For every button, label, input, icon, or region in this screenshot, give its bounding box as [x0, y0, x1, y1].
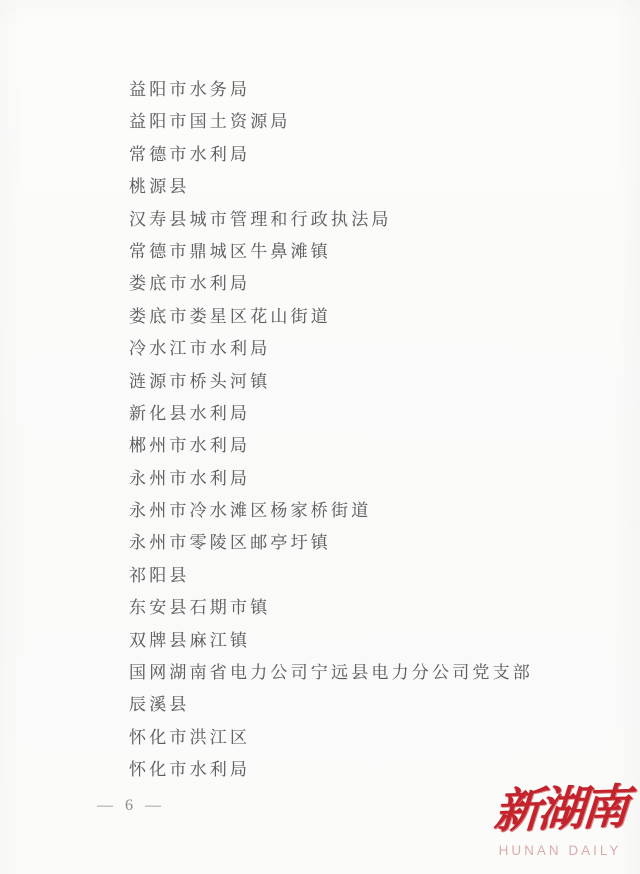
org-list-item: 汉寿县城市管理和行政执法局	[129, 204, 533, 236]
org-list-item: 永州市水利局	[129, 463, 533, 495]
org-list-item: 东安县石期市镇	[129, 592, 533, 624]
org-list-item: 常德市鼎城区牛鼻滩镇	[129, 236, 533, 268]
org-list-item: 益阳市国土资源局	[129, 106, 533, 138]
org-list-item: 怀化市洪江区	[129, 722, 533, 754]
org-list-item: 永州市冷水滩区杨家桥街道	[129, 495, 533, 527]
organization-list: 益阳市水务局 益阳市国土资源局 常德市水利局 桃源县 汉寿县城市管理和行政执法局…	[129, 74, 533, 787]
org-list-item: 永州市零陵区邮亭圩镇	[129, 527, 533, 559]
org-list-item: 涟源市桥头河镇	[129, 366, 533, 398]
org-list-item: 新化县水利局	[129, 398, 533, 430]
org-list-item: 益阳市水务局	[129, 74, 533, 106]
org-list-item: 双牌县麻江镇	[129, 625, 533, 657]
org-list-item: 常德市水利局	[129, 139, 533, 171]
org-list-item: 冷水江市水利局	[129, 333, 533, 365]
hunan-daily-logo-english: HUNAN DAILY	[484, 843, 636, 858]
org-list-item: 娄底市水利局	[129, 268, 533, 300]
hunan-daily-logo: 新湖南 HUNAN DAILY	[484, 780, 636, 858]
org-list-item: 怀化市水利局	[129, 754, 533, 786]
org-list-item: 国网湖南省电力公司宁远县电力分公司党支部	[129, 657, 533, 689]
hunan-daily-logo-chinese: 新湖南	[482, 777, 638, 842]
org-list-item: 郴州市水利局	[129, 430, 533, 462]
org-list-item: 桃源县	[129, 171, 533, 203]
org-list-item: 娄底市娄星区花山街道	[129, 301, 533, 333]
org-list-item: 辰溪县	[129, 689, 533, 721]
document-page: 益阳市水务局 益阳市国土资源局 常德市水利局 桃源县 汉寿县城市管理和行政执法局…	[0, 0, 640, 874]
page-number: — 6 —	[97, 797, 165, 815]
org-list-item: 祁阳县	[129, 560, 533, 592]
